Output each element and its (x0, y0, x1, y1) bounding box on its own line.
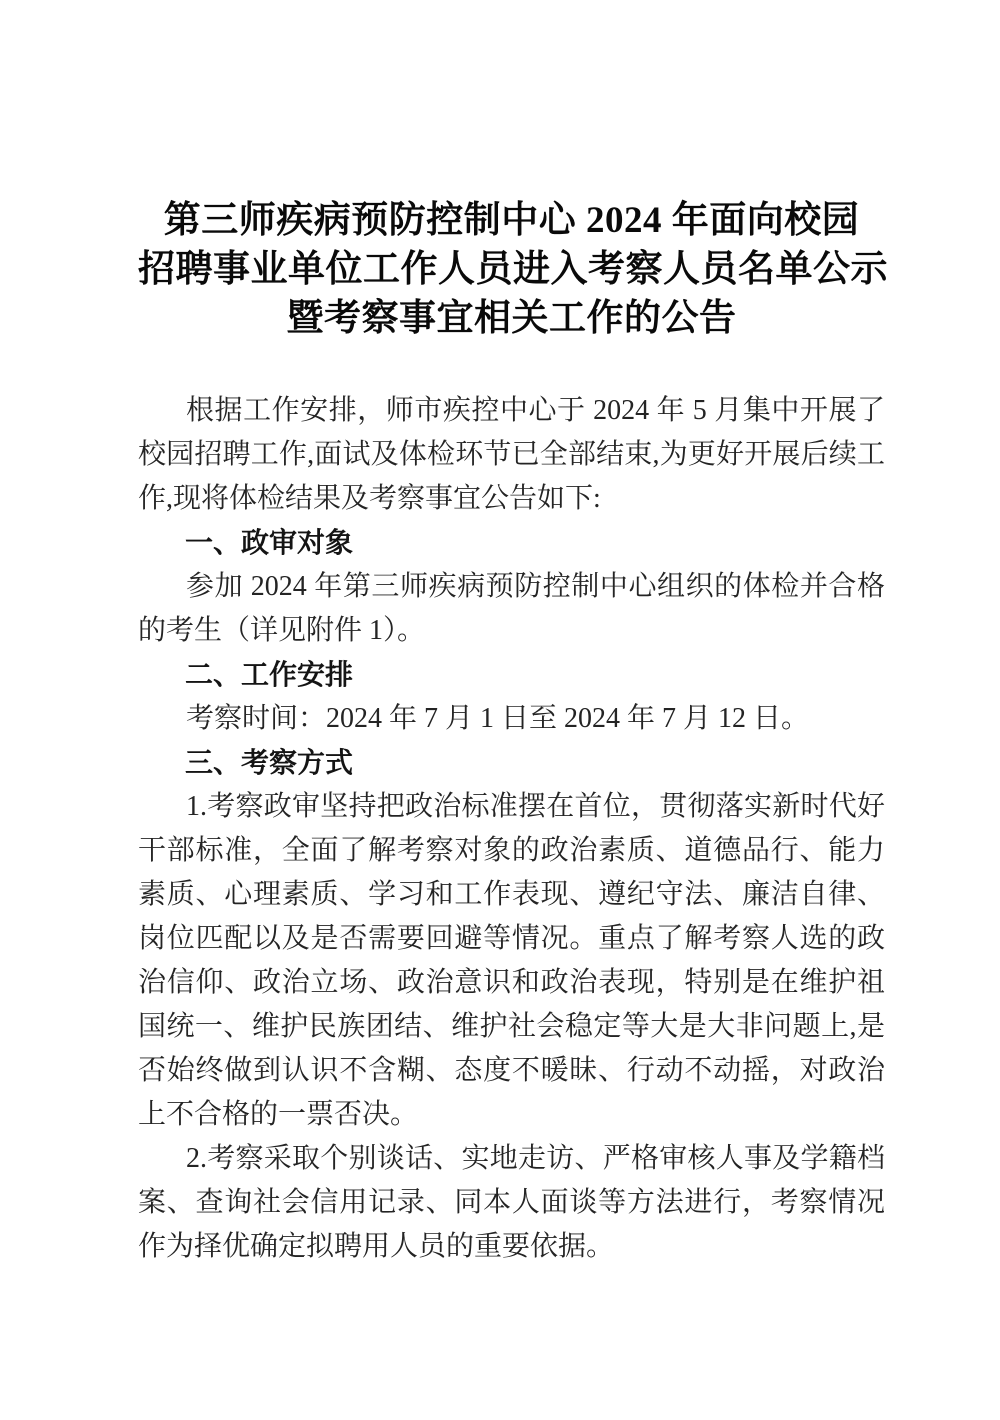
section-1-paragraph-1: 参加 2024 年第三师疾病预防控制中心组织的体检并合格的考生（详见附件 1）。 (138, 565, 885, 653)
section-3-paragraph-1: 1.考察政审坚持把政治标准摆在首位，贯彻落实新时代好干部标准，全面了解考察对象的… (138, 785, 885, 1137)
section-1-heading: 一、政审对象 (138, 521, 885, 565)
section-3-paragraph-2: 2.考察采取个别谈话、实地走访、严格审核人事及学籍档案、查询社会信用记录、同本人… (138, 1137, 885, 1269)
section-2-paragraph-1: 考察时间：2024 年 7 月 1 日至 2024 年 7 月 12 日。 (138, 697, 885, 741)
document-title: 第三师疾病预防控制中心 2024 年面向校园 招聘事业单位工作人员进入考察人员名… (138, 196, 885, 343)
document-page: 第三师疾病预防控制中心 2024 年面向校园 招聘事业单位工作人员进入考察人员名… (0, 0, 1000, 1420)
intro-paragraph: 根据工作安排，师市疾控中心于 2024 年 5 月集中开展了校园招聘工作,面试及… (138, 389, 885, 521)
section-3-heading: 三、考察方式 (138, 741, 885, 785)
title-line-2: 招聘事业单位工作人员进入考察人员名单公示 (138, 245, 885, 294)
section-2-heading: 二、工作安排 (138, 653, 885, 697)
document-body: 根据工作安排，师市疾控中心于 2024 年 5 月集中开展了校园招聘工作,面试及… (138, 389, 885, 1269)
title-line-3: 暨考察事宜相关工作的公告 (138, 294, 885, 343)
title-line-1: 第三师疾病预防控制中心 2024 年面向校园 (138, 196, 885, 245)
